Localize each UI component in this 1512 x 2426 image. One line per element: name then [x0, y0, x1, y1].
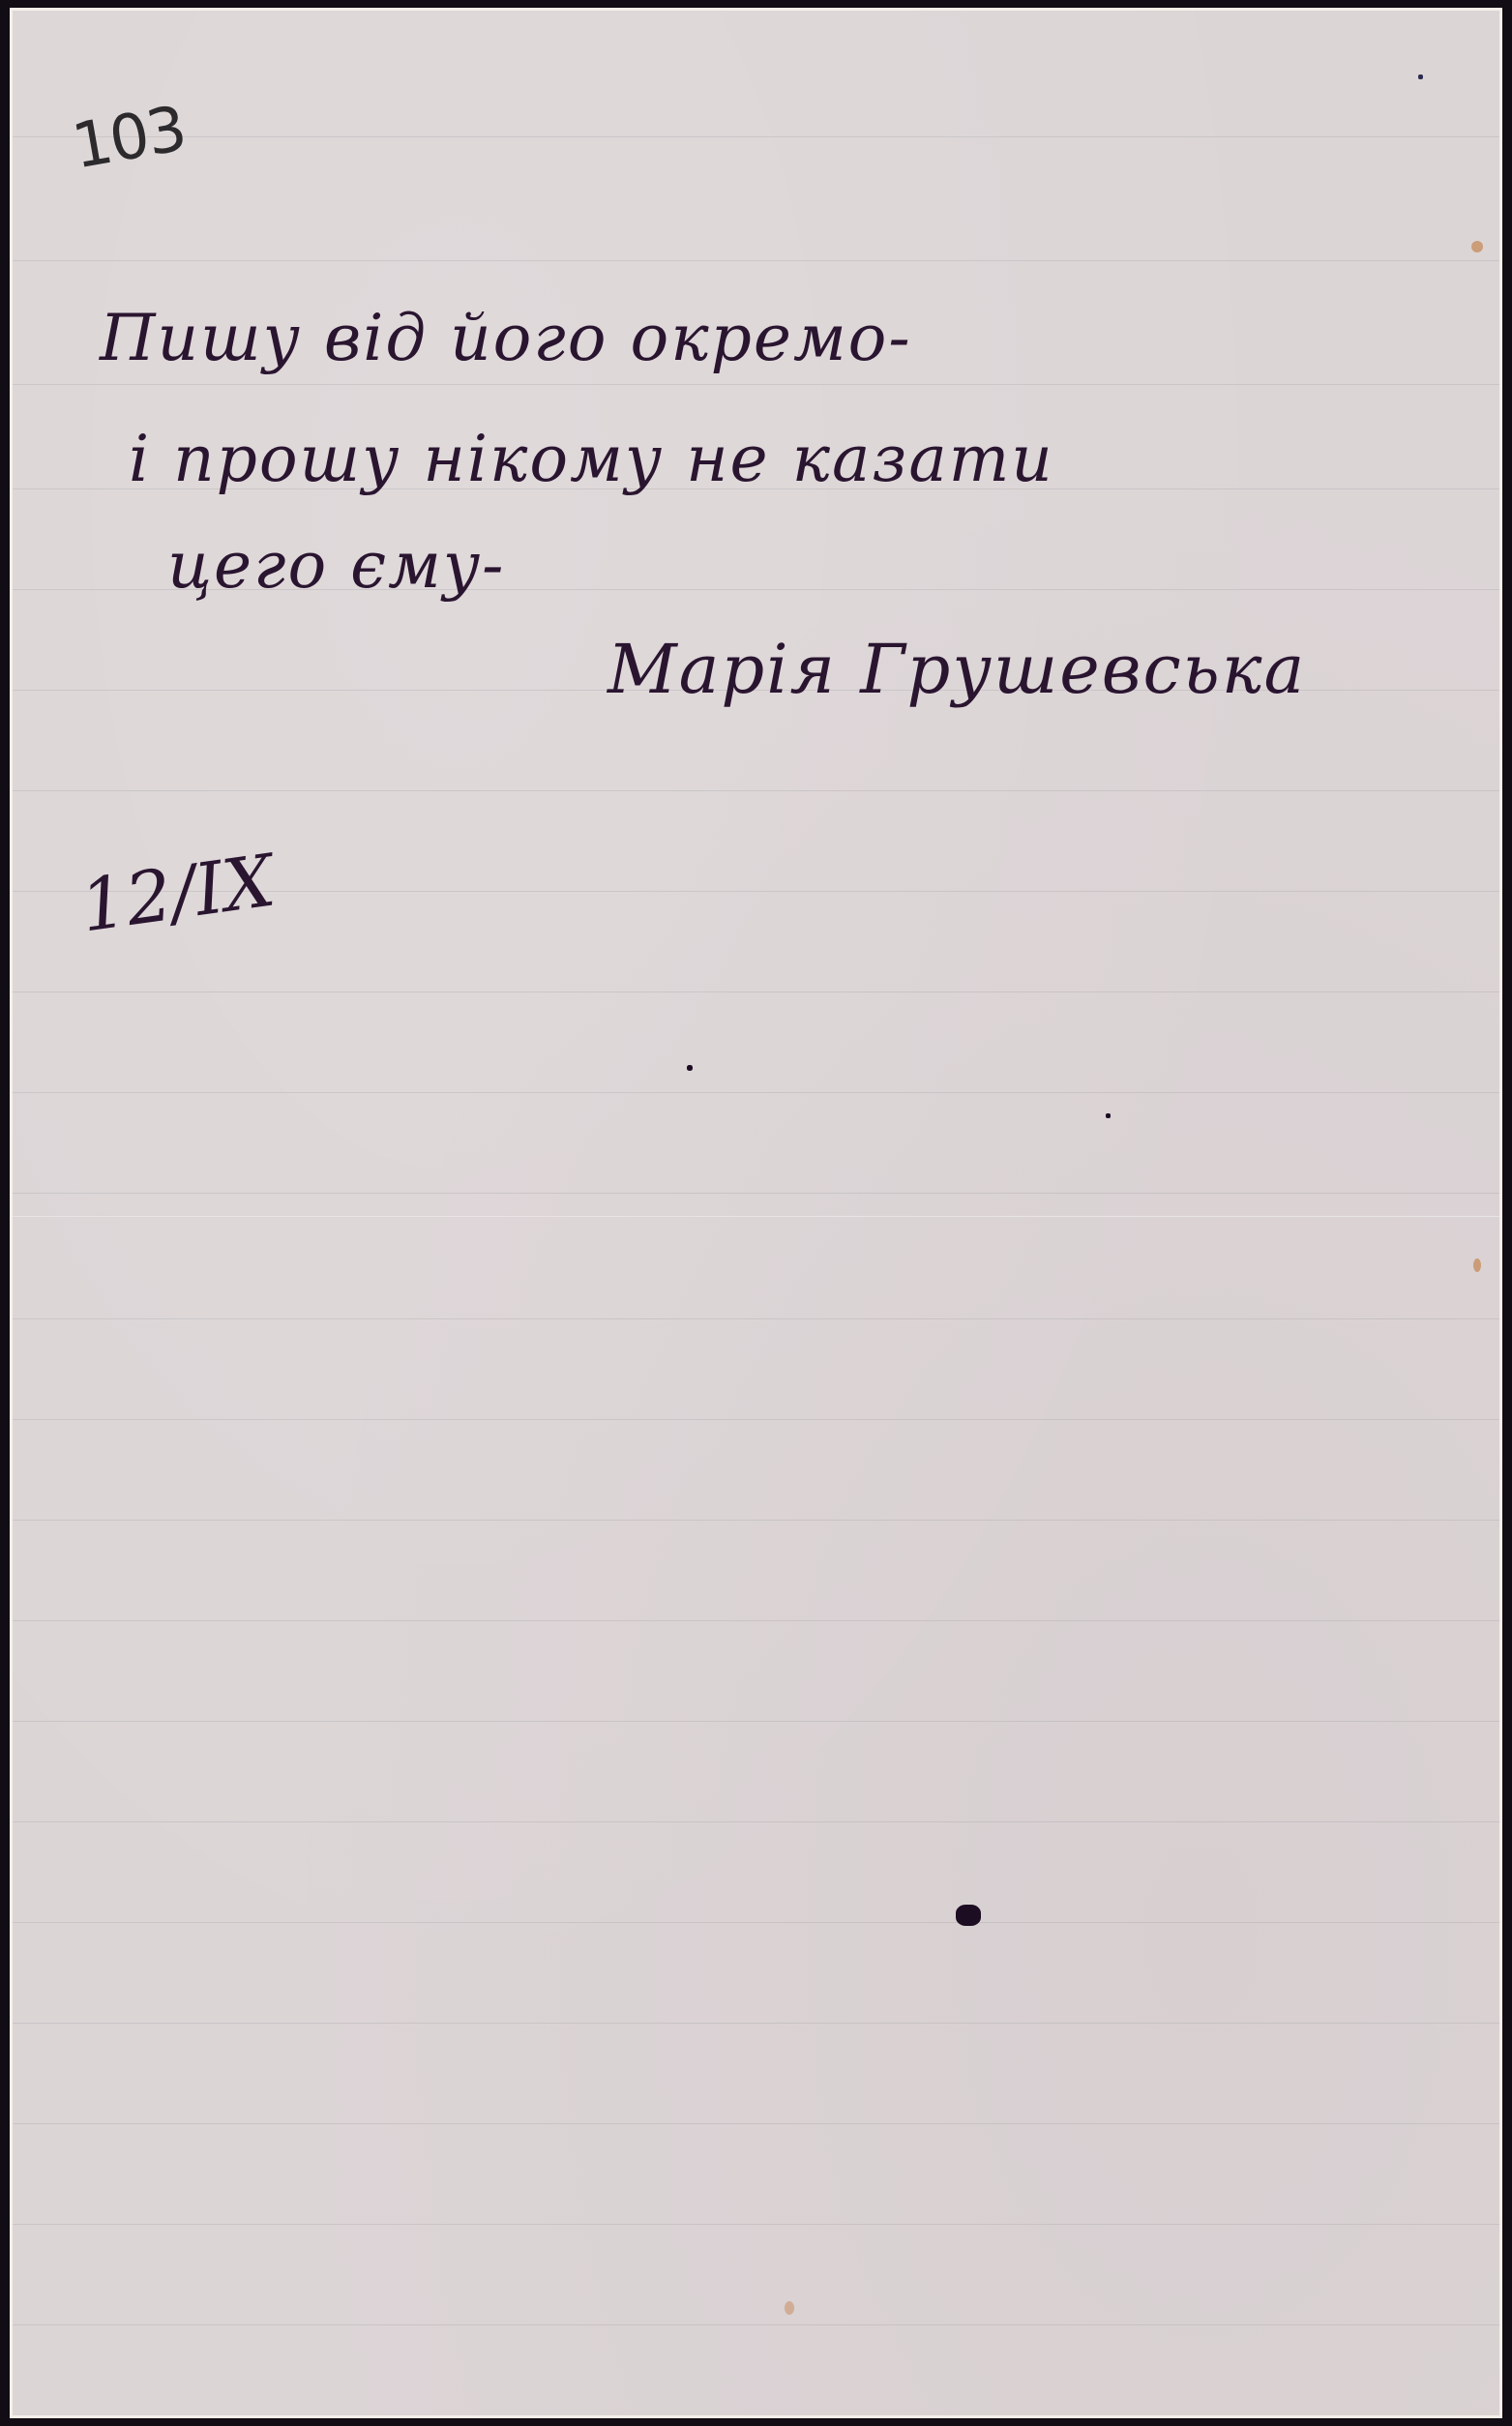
- ruled-line: [13, 991, 1499, 992]
- signature: Марія Грушевська: [608, 630, 1306, 709]
- ink-blot: [956, 1905, 981, 1926]
- paper-fold: [13, 1215, 1499, 1218]
- ruled-line: [13, 2324, 1499, 2325]
- ruled-line: [13, 1620, 1499, 1621]
- ruled-line: [13, 1318, 1499, 1319]
- ruled-line: [13, 136, 1499, 137]
- letter-line-1: Пишу від його окремо-: [100, 301, 912, 375]
- ink-speck: [687, 1065, 693, 1071]
- ruled-line: [13, 260, 1499, 261]
- ruled-line: [13, 1721, 1499, 1722]
- ruled-line: [13, 1922, 1499, 1923]
- ruled-line: [13, 1193, 1499, 1194]
- ruled-line: [13, 2123, 1499, 2124]
- scanned-document: 103 Пишу від його окремо- і прошу нікому…: [0, 0, 1512, 2426]
- folio-number: 103: [67, 93, 190, 183]
- foxing-stain: [1473, 1258, 1481, 1272]
- letter-date: 12/IX: [75, 839, 280, 948]
- ink-speck: [1418, 74, 1423, 79]
- ruled-line: [13, 2224, 1499, 2225]
- ink-speck: [1106, 1113, 1111, 1118]
- ruled-line: [13, 1821, 1499, 1822]
- foxing-stain: [785, 2301, 794, 2315]
- ruled-line: [13, 1092, 1499, 1093]
- ruled-line: [13, 1419, 1499, 1420]
- ruled-line: [13, 2023, 1499, 2024]
- letter-line-3: цего єму-: [167, 528, 505, 603]
- ruled-line: [13, 1520, 1499, 1521]
- letter-sheet: 103 Пишу від його окремо- і прошу нікому…: [10, 8, 1502, 2418]
- ruled-line: [13, 384, 1499, 385]
- foxing-stain: [1471, 241, 1483, 252]
- letter-line-2: і прошу нікому не казати: [129, 422, 1054, 496]
- ruled-line: [13, 790, 1499, 791]
